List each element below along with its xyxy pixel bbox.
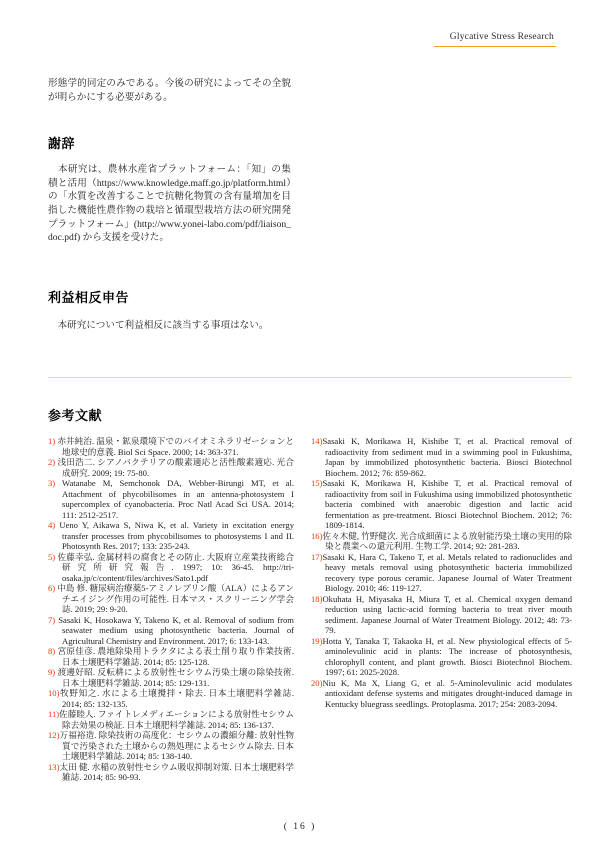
reference-item: 11)佐藤睦人. ファイトレメディエーションによる放射性セシウム除去効果の検証.… (48, 709, 294, 730)
reference-number: 13) (48, 762, 59, 772)
reference-item: 16)佐々木健, 竹野健次. 光合成細菌による放射能汚染土壌の実用的除染と農業へ… (311, 531, 572, 552)
reference-item: 15)Sasaki K, Morikawa H, Kishibe T, et a… (311, 478, 572, 531)
reference-text: Hotta Y, Tanaka T, Takaoka H, et al. New… (322, 636, 572, 678)
reference-text: 渡邊好昭. 反転耕による放射性セシウム汚染土壌の除染技術. 日本土壌肥料学雑誌.… (58, 667, 294, 688)
reference-text: 佐藤睦人. ファイトレメディエーションによる放射性セシウム除去効果の検証. 日本… (59, 709, 294, 730)
references-heading: 参考文献 (48, 405, 572, 424)
reference-number: 15) (311, 478, 322, 488)
reference-item: 7) Sasaki K, Hosokawa Y, Takeno K, et al… (48, 615, 294, 647)
reference-number: 7) (48, 615, 55, 625)
section-divider (48, 377, 572, 378)
page-header: Glycative Stress Research (48, 26, 572, 47)
reference-item: 12)万福裕造. 除染技術の高度化：セシウムの濃縮分離: 放射性物質で汚染された… (48, 730, 294, 762)
reference-number: 19) (311, 636, 322, 646)
reference-text: Niu K, Ma X, Liang G, et al. 5-Aminolevu… (322, 678, 572, 709)
acknowledgments-heading: 謝辞 (48, 133, 572, 152)
reference-number: 1) (48, 436, 55, 446)
reference-number: 4) (48, 520, 55, 530)
reference-number: 10) (48, 688, 59, 698)
reference-text: 佐藤幸弘. 金属材料の腐食とその防止. 大阪府立産業技術総合研究所研究報告. 1… (58, 552, 295, 583)
page-footer: ( 16 ) (0, 822, 600, 832)
reference-number: 20) (311, 678, 322, 688)
reference-text: Sasaki K, Morikawa H, Kishibe T, et al. … (322, 478, 572, 530)
reference-text: Okuhata H, Miyasaka H, Miura T, et al. C… (322, 594, 572, 636)
reference-number: 3) (48, 478, 55, 488)
reference-number: 16) (311, 531, 322, 541)
journal-title: Glycative Stress Research (434, 32, 556, 47)
references-columns: 1) 赤井純治. 温泉・鉱泉環境下でのバイオミネラリゼーションと地球史的意義. … (48, 436, 572, 783)
reference-number: 2) (48, 457, 55, 467)
reference-text: 宮原佳彦. 農地除染用トラクタによる表土削り取り作業技術. 日本土壌肥料学雑誌.… (58, 646, 294, 667)
reference-item: 20)Niu K, Ma X, Liang G, et al. 5-Aminol… (311, 678, 572, 710)
reference-text: Watanabe M, Semchonok DA, Webber-Birungi… (62, 478, 294, 520)
reference-item: 4) Ueno Y, Aikawa S, Niwa K, et al. Vari… (48, 520, 294, 552)
reference-number: 18) (311, 594, 322, 604)
reference-text: 中島 修. 糖尿病治療薬5-アミノレブリン酸（ALA）によるアンチエイジング作用… (57, 583, 294, 614)
reference-item: 9) 渡邊好昭. 反転耕による放射性セシウム汚染土壌の除染技術. 日本土壌肥料学… (48, 667, 294, 688)
conflict-of-interest-heading: 利益相反申告 (48, 287, 572, 306)
reference-item: 14)Sasaki K, Morikawa H, Kishibe T, et a… (311, 436, 572, 478)
reference-item: 3) Watanabe M, Semchonok DA, Webber-Biru… (48, 478, 294, 520)
reference-text: 浅田浩二. シアノバクテリアの酸素適応と活性酸素適応. 光合成研究. 2009;… (58, 457, 294, 478)
page-number: ( 16 ) (284, 822, 317, 832)
reference-item: 1) 赤井純治. 温泉・鉱泉環境下でのバイオミネラリゼーションと地球史的意義. … (48, 436, 294, 457)
reference-number: 8) (48, 646, 55, 656)
reference-item: 18)Okuhata H, Miyasaka H, Miura T, et al… (311, 594, 572, 636)
reference-item: 2) 浅田浩二. シアノバクテリアの酸素適応と活性酸素適応. 光合成研究. 20… (48, 457, 294, 478)
reference-number: 14) (311, 436, 322, 446)
reference-item: 17)Sasaki K, Hara C, Takeno T, et al. Me… (311, 552, 572, 594)
reference-text: 牧野知之. 水による土壌攪拌・除去. 日本土壌肥料学雑誌. 2014; 85: … (59, 688, 294, 709)
reference-text: Sasaki K, Hosokawa Y, Takeno K, et al. R… (58, 615, 294, 646)
reference-text: 太田 健. 水稲の放射性セシウム吸収抑制対策. 日本土壌肥料学雑誌. 2014;… (59, 762, 294, 783)
reference-text: 佐々木健, 竹野健次. 光合成細菌による放射能汚染土壌の実用的除染と農業への還元… (322, 531, 572, 552)
conflict-of-interest-body: 本研究について利益相反に該当する事項はない。 (48, 319, 291, 333)
intro-paragraph: 形態学的同定のみである。今後の研究によってその全貌が明らかにする必要がある。 (48, 77, 291, 104)
reference-item: 13)太田 健. 水稲の放射性セシウム吸収抑制対策. 日本土壌肥料学雑誌. 20… (48, 762, 294, 783)
reference-text: Ueno Y, Aikawa S, Niwa K, et al. Variety… (59, 520, 294, 551)
reference-text: Sasaki K, Morikawa H, Kishibe T, et al. … (322, 436, 572, 478)
reference-number: 5) (48, 552, 55, 562)
reference-number: 12) (48, 730, 59, 740)
reference-number: 9) (48, 667, 55, 677)
reference-number: 17) (311, 552, 322, 562)
reference-text: 赤井純治. 温泉・鉱泉環境下でのバイオミネラリゼーションと地球史的意義. Bio… (57, 436, 294, 457)
references-left-column: 1) 赤井純治. 温泉・鉱泉環境下でのバイオミネラリゼーションと地球史的意義. … (48, 436, 294, 783)
references-right-column: 14)Sasaki K, Morikawa H, Kishibe T, et a… (311, 436, 572, 783)
reference-text: Sasaki K, Hara C, Takeno T, et al. Metal… (322, 552, 572, 594)
reference-item: 8) 宮原佳彦. 農地除染用トラクタによる表土削り取り作業技術. 日本土壌肥料学… (48, 646, 294, 667)
reference-item: 19)Hotta Y, Tanaka T, Takaoka H, et al. … (311, 636, 572, 678)
reference-item: 6) 中島 修. 糖尿病治療薬5-アミノレブリン酸（ALA）によるアンチエイジン… (48, 583, 294, 615)
reference-number: 11) (48, 709, 59, 719)
reference-number: 6) (48, 583, 55, 593)
reference-item: 10)牧野知之. 水による土壌攪拌・除去. 日本土壌肥料学雑誌. 2014; 8… (48, 688, 294, 709)
reference-text: 万福裕造. 除染技術の高度化：セシウムの濃縮分離: 放射性物質で汚染された土壌か… (59, 730, 294, 761)
document-page: Glycative Stress Research 形態学的同定のみである。今後… (0, 0, 600, 848)
acknowledgments-body: 本研究は、農林水産省プラットフォーム：「知」の集積と活用（https://www… (48, 163, 291, 245)
reference-item: 5) 佐藤幸弘. 金属材料の腐食とその防止. 大阪府立産業技術総合研究所研究報告… (48, 552, 294, 584)
